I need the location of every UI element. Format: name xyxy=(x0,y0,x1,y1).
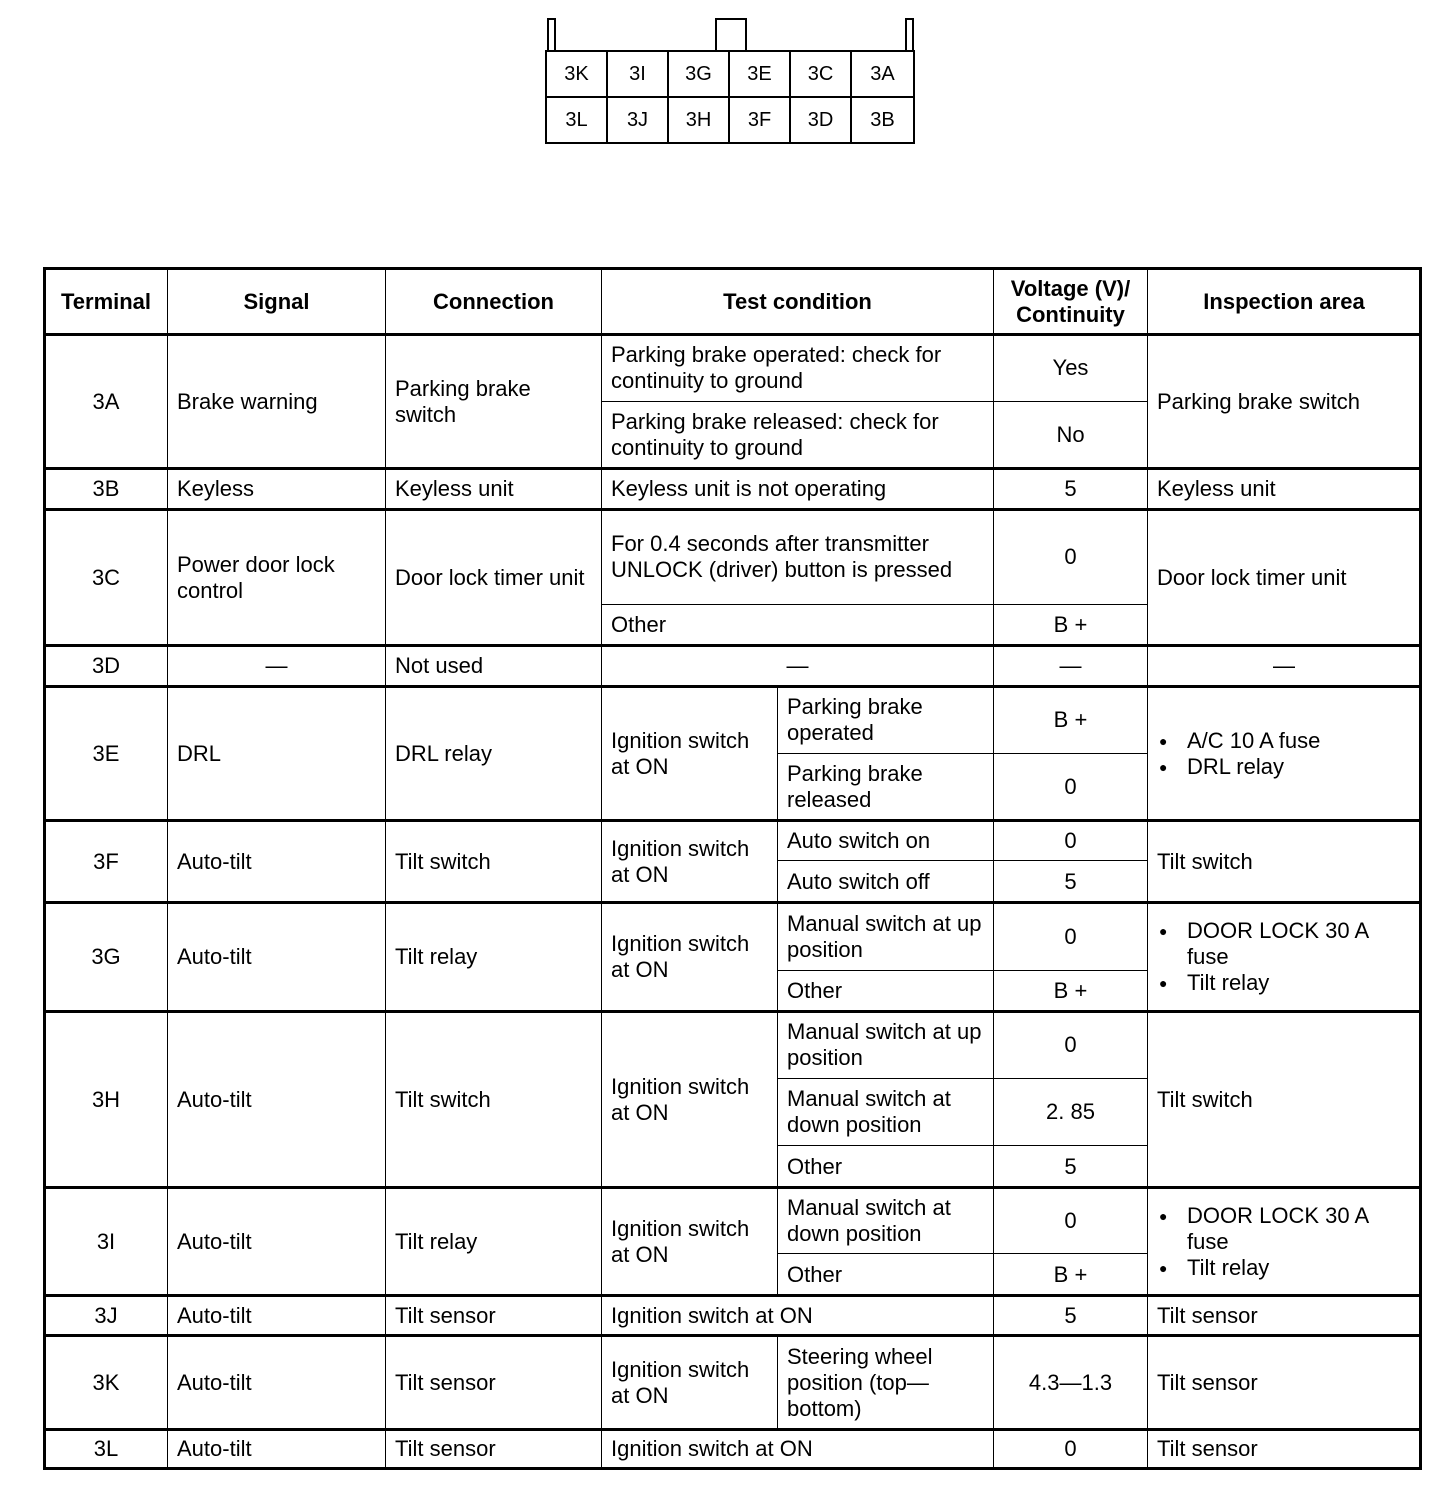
inspection-cell: Tilt switch xyxy=(1147,1011,1421,1188)
terminal-cell: 3H xyxy=(44,1011,168,1188)
value-cell: 2. 85 xyxy=(993,1078,1148,1146)
value-cell: 0 xyxy=(993,1429,1148,1469)
value-cell: 5 xyxy=(993,1145,1148,1188)
condition-cell: — xyxy=(601,645,994,687)
connection-cell: Tilt relay xyxy=(385,1187,602,1296)
condition-cell: Parking brake released xyxy=(777,753,994,821)
inspection-cell: Tilt sensor xyxy=(1147,1295,1421,1336)
signal-cell: Auto-tilt xyxy=(167,1335,386,1430)
header-connection: Connection xyxy=(385,268,602,335)
value-cell: 0 xyxy=(993,753,1148,821)
inspection-item: Tilt relay xyxy=(1157,1255,1411,1281)
condition-cell: Parking brake operated: check for contin… xyxy=(601,334,994,402)
condition-cell: Manual switch at up position xyxy=(777,902,994,971)
signal-cell: — xyxy=(167,645,386,687)
pin-3A: 3A xyxy=(850,50,915,98)
terminal-cell: 3J xyxy=(44,1295,168,1336)
pin-3J: 3J xyxy=(606,96,669,144)
terminal-cell: 3G xyxy=(44,902,168,1012)
header-test-condition: Test condition xyxy=(601,268,994,335)
pin-3G: 3G xyxy=(667,50,730,98)
connection-cell: Tilt switch xyxy=(385,820,602,903)
value-cell: — xyxy=(993,645,1148,687)
connector-right-latch xyxy=(905,18,914,20)
row-divider xyxy=(44,644,1421,647)
inspection-item: A/C 10 A fuse xyxy=(1157,728,1320,754)
condition-cell: Steering wheel position (top—bottom) xyxy=(777,1335,994,1430)
inspection-cell: DOOR LOCK 30 A fuse Tilt relay xyxy=(1147,902,1421,1012)
connection-cell: Not used xyxy=(385,645,602,687)
pin-3H: 3H xyxy=(667,96,730,144)
inspection-list: DOOR LOCK 30 A fuse Tilt relay xyxy=(1157,1203,1411,1281)
connector-right-latch xyxy=(912,18,914,52)
connection-cell: Tilt switch xyxy=(385,1011,602,1188)
main-condition-cell: Ignition switch at ON xyxy=(601,686,778,821)
condition-cell: Ignition switch at ON xyxy=(601,1429,994,1469)
inspection-cell: — xyxy=(1147,645,1421,687)
main-condition-cell: Ignition switch at ON xyxy=(601,820,778,903)
value-cell: B + xyxy=(993,970,1148,1012)
signal-cell: Keyless xyxy=(167,468,386,510)
signal-cell: Auto-tilt xyxy=(167,902,386,1012)
row-divider xyxy=(44,819,1421,822)
signal-cell: Power door lock control xyxy=(167,509,386,646)
inspection-cell: Keyless unit xyxy=(1147,468,1421,510)
row-divider xyxy=(44,1334,1421,1337)
condition-cell: For 0.4 seconds after transmitter UNLOCK… xyxy=(601,509,994,605)
connector-left-latch xyxy=(547,18,549,52)
pin-3L: 3L xyxy=(545,96,608,144)
inspection-list: A/C 10 A fuse DRL relay xyxy=(1157,728,1320,780)
header-inspection-area: Inspection area xyxy=(1147,268,1421,335)
terminal-cell: 3K xyxy=(44,1335,168,1430)
signal-cell: Auto-tilt xyxy=(167,1295,386,1336)
inspection-cell: Tilt switch xyxy=(1147,820,1421,903)
connector-left-latch xyxy=(547,18,556,20)
connection-cell: DRL relay xyxy=(385,686,602,821)
value-cell: 5 xyxy=(993,468,1148,510)
condition-cell: Other xyxy=(601,604,994,646)
condition-cell: Auto switch on xyxy=(777,820,994,861)
value-cell: 4.3—1.3 xyxy=(993,1335,1148,1430)
inspection-cell: Parking brake switch xyxy=(1147,334,1421,469)
main-condition-cell: Ignition switch at ON xyxy=(601,1187,778,1296)
signal-cell: DRL xyxy=(167,686,386,821)
inspection-cell: DOOR LOCK 30 A fuse Tilt relay xyxy=(1147,1187,1421,1296)
condition-cell: Ignition switch at ON xyxy=(601,1295,994,1336)
inspection-cell: Tilt sensor xyxy=(1147,1429,1421,1469)
pin-3I: 3I xyxy=(606,50,669,98)
terminal-cell: 3A xyxy=(44,334,168,469)
connection-cell: Keyless unit xyxy=(385,468,602,510)
row-divider xyxy=(44,508,1421,511)
row-divider xyxy=(44,1010,1421,1013)
value-cell: 0 xyxy=(993,509,1148,605)
value-cell: 0 xyxy=(993,902,1148,971)
main-condition-cell: Ignition switch at ON xyxy=(601,1011,778,1188)
row-divider xyxy=(44,1294,1421,1297)
pin-3D: 3D xyxy=(789,96,852,144)
terminal-cell: 3B xyxy=(44,468,168,510)
connection-cell: Tilt relay xyxy=(385,902,602,1012)
value-cell: Yes xyxy=(993,334,1148,402)
condition-cell: Parking brake operated xyxy=(777,686,994,754)
terminal-cell: 3C xyxy=(44,509,168,646)
connector-right-latch xyxy=(905,18,907,52)
signal-cell: Auto-tilt xyxy=(167,1429,386,1469)
row-divider xyxy=(44,333,1421,336)
value-cell: 0 xyxy=(993,820,1148,861)
terminal-cell: 3L xyxy=(44,1429,168,1469)
pin-3F: 3F xyxy=(728,96,791,144)
row-divider xyxy=(44,1186,1421,1189)
connection-cell: Parking brake switch xyxy=(385,334,602,469)
inspection-cell: Door lock timer unit xyxy=(1147,509,1421,646)
header-signal: Signal xyxy=(167,268,386,335)
connection-cell: Tilt sensor xyxy=(385,1429,602,1469)
connector-key xyxy=(715,18,747,52)
terminal-cell: 3I xyxy=(44,1187,168,1296)
condition-cell: Manual switch at down position xyxy=(777,1187,994,1254)
signal-cell: Auto-tilt xyxy=(167,820,386,903)
signal-cell: Auto-tilt xyxy=(167,1011,386,1188)
row-divider xyxy=(44,467,1421,470)
inspection-item: DRL relay xyxy=(1157,754,1320,780)
signal-cell: Brake warning xyxy=(167,334,386,469)
value-cell: 5 xyxy=(993,860,1148,903)
pin-3E: 3E xyxy=(728,50,791,98)
header-voltage: Voltage (V)/ Continuity xyxy=(993,268,1148,335)
condition-cell: Parking brake released: check for contin… xyxy=(601,401,994,469)
terminal-cell: 3D xyxy=(44,645,168,687)
pin-3C: 3C xyxy=(789,50,852,98)
main-condition-cell: Ignition switch at ON xyxy=(601,902,778,1012)
inspection-cell: Tilt sensor xyxy=(1147,1335,1421,1430)
connection-cell: Door lock timer unit xyxy=(385,509,602,646)
value-cell: B + xyxy=(993,604,1148,646)
condition-cell: Manual switch at up position xyxy=(777,1011,994,1079)
connection-cell: Tilt sensor xyxy=(385,1295,602,1336)
main-condition-cell: Ignition switch at ON xyxy=(601,1335,778,1430)
condition-cell: Other xyxy=(777,1253,994,1296)
inspection-cell: A/C 10 A fuse DRL relay xyxy=(1147,686,1421,821)
connection-cell: Tilt sensor xyxy=(385,1335,602,1430)
inspection-item: DOOR LOCK 30 A fuse xyxy=(1157,918,1411,970)
connector-left-latch xyxy=(554,18,556,52)
pin-3K: 3K xyxy=(545,50,608,98)
row-divider xyxy=(44,1428,1421,1431)
header-terminal: Terminal xyxy=(44,268,168,335)
condition-cell: Other xyxy=(777,970,994,1012)
condition-cell: Manual switch at down position xyxy=(777,1078,994,1146)
condition-cell: Keyless unit is not operating xyxy=(601,468,994,510)
row-divider xyxy=(44,685,1421,688)
value-cell: B + xyxy=(993,1253,1148,1296)
terminal-cell: 3E xyxy=(44,686,168,821)
signal-cell: Auto-tilt xyxy=(167,1187,386,1296)
inspection-list: DOOR LOCK 30 A fuse Tilt relay xyxy=(1157,918,1411,996)
value-cell: 5 xyxy=(993,1295,1148,1336)
inspection-item: Tilt relay xyxy=(1157,970,1411,996)
value-cell: 0 xyxy=(993,1187,1148,1254)
pin-3B: 3B xyxy=(850,96,915,144)
value-cell: No xyxy=(993,401,1148,469)
condition-cell: Other xyxy=(777,1145,994,1188)
connector-diagram: 3K 3I 3G 3E 3C 3A 3L 3J 3H 3F 3D 3B xyxy=(545,18,917,144)
condition-cell: Auto switch off xyxy=(777,860,994,903)
row-divider xyxy=(44,901,1421,904)
value-cell: 0 xyxy=(993,1011,1148,1079)
terminal-cell: 3F xyxy=(44,820,168,903)
inspection-item: DOOR LOCK 30 A fuse xyxy=(1157,1203,1411,1255)
value-cell: B + xyxy=(993,686,1148,754)
